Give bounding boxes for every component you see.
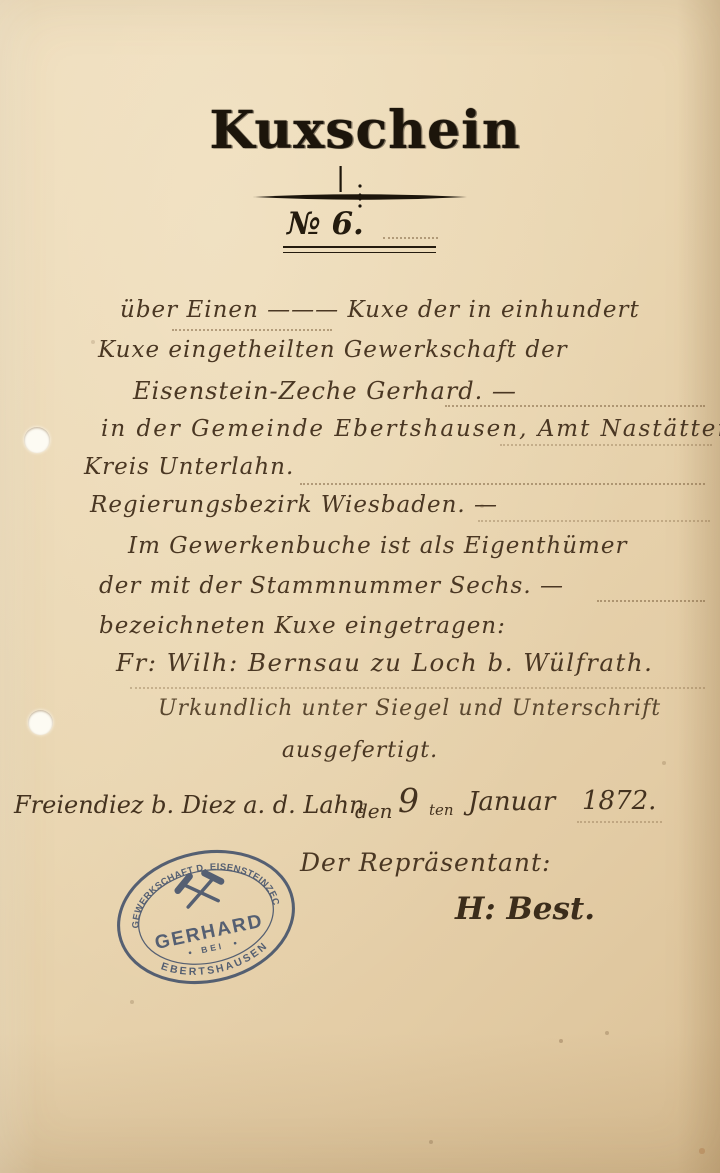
dotted-guide-line: [172, 329, 332, 331]
dotted-guide-line: [577, 821, 662, 823]
body-line: ausgefertigt.: [0, 738, 720, 763]
body-line: bezeichneten Kuxe eingetragen:: [99, 613, 506, 639]
body-line: Im Gewerkenbuche ist als Eigenthümer: [128, 533, 627, 559]
issue-month: Januar: [468, 787, 555, 817]
dotted-guide-line: [597, 600, 705, 602]
body-line: Kreis Unterlahn.: [84, 454, 294, 480]
dotted-guide-line: [383, 237, 438, 239]
kuxschein-certificate-page: Kuxschein № 6. über Einen ——— Kuxe der i…: [0, 0, 720, 1173]
title-flourish-rule: [250, 164, 470, 212]
body-line: Eisenstein-Zeche Gerhard. —: [133, 377, 517, 405]
date-den-word: den: [355, 799, 393, 823]
punch-hole-bottom: [28, 710, 53, 735]
dotted-guide-line: [300, 483, 705, 485]
paper-speckles: [0, 0, 2, 2]
body-line: der mit der Stammnummer Sechs. —: [99, 573, 564, 599]
body-line: Kuxe eingetheilten Gewerkschaft der: [98, 337, 568, 363]
body-line: über Einen ——— Kuxe der in einhundert: [120, 297, 640, 323]
certificate-number: № 6.: [287, 206, 364, 242]
dotted-guide-line: [500, 444, 712, 446]
issue-year: 1872.: [582, 786, 656, 816]
body-line: Urkundlich unter Siegel und Unterschrift: [158, 696, 661, 721]
number-underline: [283, 246, 436, 253]
dotted-guide-line: [478, 520, 710, 522]
company-seal-stamp: ✳ DIE GEWERKSCHAFT D. EISENSTEINZECHE ✳ …: [97, 826, 315, 1009]
body-line: in der Gemeinde Ebertshausen, Amt Nastät…: [101, 416, 720, 442]
owner-name-line: Fr: Wilh: Bernsau zu Loch b. Wülfrath.: [116, 648, 653, 677]
body-line: Regierungsbezirk Wiesbaden. —: [90, 492, 498, 518]
issue-day: 9: [398, 781, 419, 820]
day-ordinal-suffix: ten: [429, 801, 454, 819]
document-title: Kuxschein: [0, 100, 720, 161]
signature: H: Best.: [455, 891, 595, 927]
dotted-guide-line: [445, 405, 705, 407]
representative-title: Der Repräsentant:: [300, 848, 551, 877]
dotted-guide-line: [130, 687, 705, 689]
issue-place: Freiendiez b. Diez a. d. Lahn: [14, 791, 365, 819]
punch-hole-top: [24, 427, 50, 453]
